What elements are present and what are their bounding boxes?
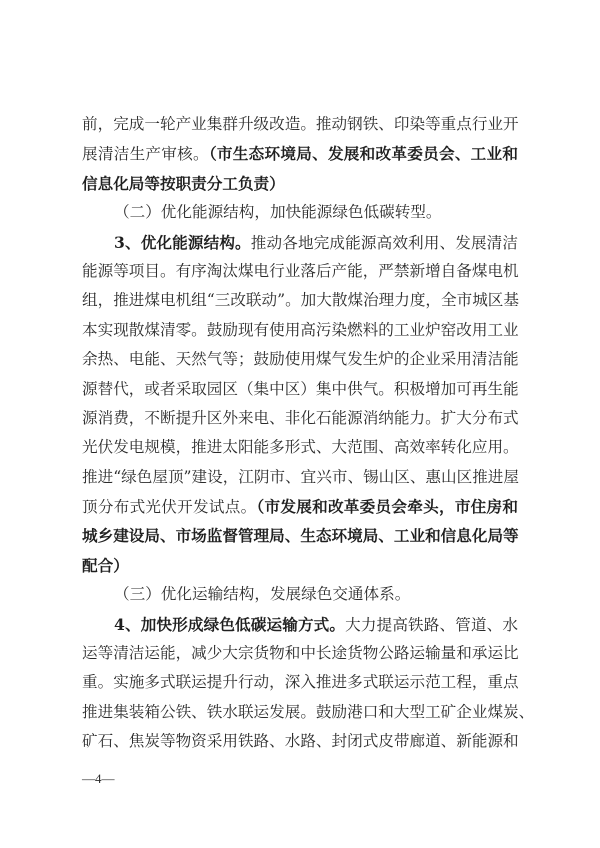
text-line-1: 前，完成一轮产业集群升级改造。推动钢铁、印染等重点行业开 [82,110,518,139]
text-line-21: 推进集装箱公铁、铁水联运发展。鼓励港口和大型工矿企业煤炭、 [82,698,518,727]
text-line-13: 推进“绿色屋顶”建设，江阴市、宜兴市、锡山区、惠山区推进屋 [82,463,518,492]
text-line-22: 矿石、焦炭等物资采用铁路、水路、封闭式皮带廊道、新能源和 [82,727,518,756]
text-line-15: 城乡建设局、市场监督管理局、生态环境局、工业和信息化局等 [82,521,518,550]
item-4-text: 大力提高铁路、管道、水 [345,616,518,634]
line-9-text: 余热、电能、天然气等；鼓励使用煤气发生炉的企业采用清洁能 [82,350,519,368]
line-1-text: 前，完成一轮产业集群升级改造。推动钢铁、印染等重点行业开 [82,115,519,133]
text-line-14: 顶分布式光伏开发试点。（市发展和改革委员会牵头，市住房和 [82,492,518,521]
section-heading-2-text: （二）优化能源结构，加快能源绿色低碳转型。 [114,203,441,221]
text-line-10: 源替代，或者采取园区（集中区）集中供气。积极增加可再生能 [82,375,518,404]
line-11-text: 源消费，不断提升区外来电、非化石能源消纳能力。扩大分布式 [82,409,519,427]
line-13-text: 推进“绿色屋顶”建设，江阴市、宜兴市、锡山区、惠山区推进屋 [82,468,519,486]
text-line-12: 光伏发电规模，推进太阳能多形式、大范围、高效率转化应用。 [82,433,518,462]
text-line-19: 运等清洁运能，减少大宗货物和中长途货物公路运输量和承运比 [82,639,518,668]
lead-department-note-cont: 城乡建设局、市场监督管理局、生态环境局、工业和信息化局等 [82,526,519,545]
line-7-text: 组，推进煤电机组“三改联动”。加大散煤治理力度，全市城区基 [82,291,519,309]
item-4-title: 4、加快形成绿色低碳运输方式。 [114,615,345,634]
line-6-text: 能源等项目。有序淘汰煤电行业落后产能，严禁新增自备煤电机 [82,262,519,280]
responsible-departments-note-cont: 信息化局等按职责分工负责） [82,174,285,193]
text-line-11: 源消费，不断提升区外来电、非化石能源消纳能力。扩大分布式 [82,404,518,433]
text-line-9: 余热、电能、天然气等；鼓励使用煤气发生炉的企业采用清洁能 [82,345,518,374]
line-22-text: 矿石、焦炭等物资采用铁路、水路、封闭式皮带廊道、新能源和 [82,732,519,750]
section-heading-2: （二）优化能源结构，加快能源绿色低碳转型。 [82,198,518,227]
text-line-2: 展清洁生产审核。（市生态环境局、发展和改革委员会、工业和 [82,139,518,168]
lead-department-note: （市发展和改革委员会牵头，市住房和 [256,497,518,516]
lead-department-note-end: 配合） [82,556,129,575]
line-10-text: 源替代，或者采取园区（集中区）集中供气。积极增加可再生能 [82,380,519,398]
page-number: —4— [82,771,115,787]
section-heading-3-text: （三）优化运输结构，发展绿色交通体系。 [114,585,410,603]
item-3-text: 推动各地完成能源高效利用、发展清洁 [251,234,518,252]
text-line-8: 本实现散煤清零。鼓励现有使用高污染燃料的工业炉窑改用工业 [82,316,518,345]
text-line-7: 组，推进煤电机组“三改联动”。加大散煤治理力度，全市城区基 [82,286,518,315]
text-line-6: 能源等项目。有序淘汰煤电行业落后产能，严禁新增自备煤电机 [82,257,518,286]
section-heading-3: （三）优化运输结构，发展绿色交通体系。 [82,580,518,609]
document-body: 前，完成一轮产业集群升级改造。推动钢铁、印染等重点行业开 展清洁生产审核。（市生… [82,110,518,757]
text-line-3: 信息化局等按职责分工负责） [82,169,518,198]
line-19-text: 运等清洁运能，减少大宗货物和中长途货物公路运输量和承运比 [82,644,519,662]
line-20-text: 重。实施多式联运提升行动，深入推进多式联运示范工程，重点 [82,673,519,691]
line-2-text: 展清洁生产审核。 [82,145,209,163]
responsible-departments-note: （市生态环境局、发展和改革委员会、工业和 [209,144,518,163]
line-21-text: 推进集装箱公铁、铁水联运发展。鼓励港口和大型工矿企业煤炭、 [82,703,534,721]
item-3-heading-line: 3、优化能源结构。推动各地完成能源高效利用、发展清洁 [82,228,518,257]
text-line-16: 配合） [82,551,518,580]
item-4-heading-line: 4、加快形成绿色低碳运输方式。大力提高铁路、管道、水 [82,610,518,639]
line-12-text: 光伏发电规模，推进太阳能多形式、大范围、高效率转化应用。 [82,438,519,456]
line-8-text: 本实现散煤清零。鼓励现有使用高污染燃料的工业炉窑改用工业 [82,321,519,339]
text-line-20: 重。实施多式联运提升行动，深入推进多式联运示范工程，重点 [82,668,518,697]
line-14-text: 顶分布式光伏开发试点。 [82,498,256,516]
item-3-title: 3、优化能源结构。 [114,233,251,252]
